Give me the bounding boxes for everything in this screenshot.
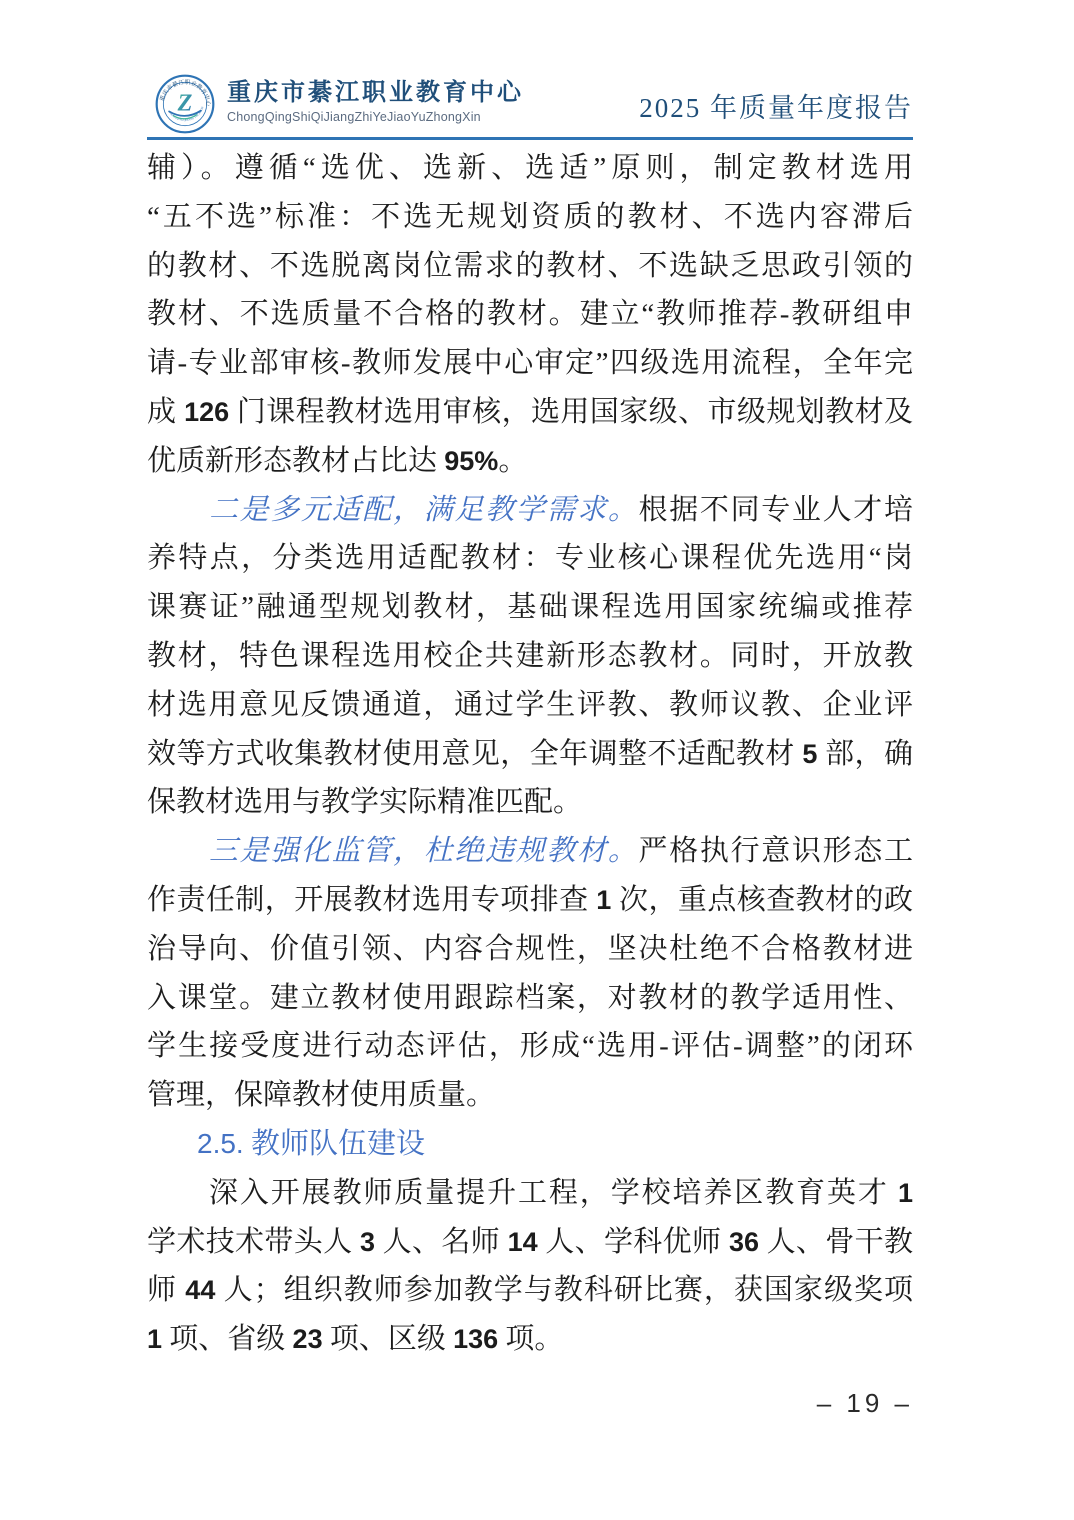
body-text: 次，重点核查教材的政 bbox=[611, 884, 913, 916]
numeric-text: 126 bbox=[184, 397, 229, 427]
body-line: 1 项、省级 23 项、区级 136 项。 bbox=[147, 1315, 913, 1364]
numeric-text: 44 bbox=[185, 1275, 215, 1305]
body-line: 治导向、价值引领、内容合规性，坚决杜绝不合格教材进 bbox=[147, 925, 913, 974]
body-line: 管理，保障教材使用质量。 bbox=[147, 1071, 913, 1120]
body-text: 门课程教材选用审核，选用国家级、市级规划教材及 bbox=[229, 396, 913, 428]
school-name-pinyin: ChongQingShiQiJiangZhiYeJiaoYuZhongXin bbox=[227, 109, 524, 125]
body-line: 养特点，分类选用适配教材：专业核心课程优先选用“岗 bbox=[147, 534, 913, 583]
body-text: 教材、不选质量不合格的教材。建立“教师推荐-教研组申 bbox=[147, 298, 913, 330]
body-text: 课赛证”融通型规划教材，基础课程选用国家统编或推荐 bbox=[147, 591, 913, 623]
numeric-text: 136 bbox=[453, 1324, 498, 1354]
document-body: 辅）。遵循“选优、选新、选适”原则，制定教材选用“五不选”标准：不选无规划资质的… bbox=[147, 140, 913, 1364]
body-text: 保教材选用与教学实际精准匹配。 bbox=[147, 786, 582, 818]
school-logo-icon: 重庆市綦江职业教育中心 CHONGQING QIJIANG VOCATIONAL… bbox=[155, 74, 215, 134]
body-line: 入课堂。建立教材使用跟踪档案，对教材的教学适用性、 bbox=[147, 974, 913, 1023]
document-page: 重庆市綦江职业教育中心 CHONGQING QIJIANG VOCATIONAL… bbox=[0, 0, 1074, 1520]
body-text: 优质新形态教材占比达 bbox=[147, 445, 444, 477]
body-line: 的教材、不选脱离岗位需求的教材、不选缺乏思政引领的 bbox=[147, 242, 913, 291]
page-header: 重庆市綦江职业教育中心 CHONGQING QIJIANG VOCATIONAL… bbox=[147, 0, 913, 140]
section-heading: 2.5. 教师队伍建设 bbox=[147, 1120, 913, 1169]
body-line: “五不选”标准：不选无规划资质的教材、不选内容滞后 bbox=[147, 193, 913, 242]
body-text: 的教材、不选脱离岗位需求的教材、不选缺乏思政引领的 bbox=[147, 250, 913, 282]
heading-number: 2.5. bbox=[197, 1128, 244, 1159]
body-text: 根据不同专业人才培 bbox=[639, 494, 913, 526]
numeric-text: 36 bbox=[729, 1227, 759, 1257]
body-line: 保教材选用与教学实际精准匹配。 bbox=[147, 778, 913, 827]
numeric-text: 1 bbox=[596, 885, 611, 915]
report-title: 2025 年质量年度报告 bbox=[639, 86, 913, 125]
body-line: 三是强化监管，杜绝违规教材。严格执行意识形态工 bbox=[147, 827, 913, 876]
body-text: 管理，保障教材使用质量。 bbox=[147, 1079, 495, 1111]
body-text: 入课堂。建立教材使用跟踪档案，对教材的教学适用性、 bbox=[147, 982, 913, 1014]
body-line: 学生接受度进行动态评估，形成“选用-评估-调整”的闭环 bbox=[147, 1022, 913, 1071]
body-line: 深入开展教师质量提升工程，学校培养区教育英才 1 人、 bbox=[147, 1169, 913, 1218]
body-text: 养特点，分类选用适配教材：专业核心课程优先选用“岗 bbox=[147, 542, 913, 574]
body-text: 辅）。遵循“选优、选新、选适”原则，制定教材选用 bbox=[147, 152, 913, 184]
heading-text: 教师队伍建设 bbox=[244, 1128, 425, 1160]
numeric-text: 3 bbox=[360, 1227, 375, 1257]
body-text: 深入开展教师质量提升工程，学校培养区教育英才 bbox=[209, 1177, 898, 1209]
body-text: 师 bbox=[147, 1274, 185, 1306]
body-text: 教材，特色课程选用校企共建新形态教材。同时，开放教 bbox=[147, 640, 913, 672]
body-text: 作责任制，开展教材选用专项排查 bbox=[147, 884, 596, 916]
school-identity: 重庆市綦江职业教育中心 ChongQingShiQiJiangZhiYeJiao… bbox=[227, 80, 524, 125]
body-line: 教材，特色课程选用校企共建新形态教材。同时，开放教 bbox=[147, 632, 913, 681]
body-text: 部，确 bbox=[817, 738, 913, 770]
body-text: 人、骨干教 bbox=[759, 1226, 913, 1258]
body-line: 课赛证”融通型规划教材，基础课程选用国家统编或推荐 bbox=[147, 583, 913, 632]
numeric-text: 14 bbox=[508, 1227, 538, 1257]
body-text: 治导向、价值引领、内容合规性，坚决杜绝不合格教材进 bbox=[147, 933, 913, 965]
body-text: “五不选”标准：不选无规划资质的教材、不选内容滞后 bbox=[147, 201, 913, 233]
body-text: 严格执行意识形态工 bbox=[639, 835, 913, 867]
logo-letter-z: Z bbox=[177, 90, 193, 117]
body-text: 项、区级 bbox=[323, 1323, 454, 1355]
emphasis-text: 三是强化监管，杜绝违规教材。 bbox=[209, 835, 639, 867]
body-line: 教材、不选质量不合格的教材。建立“教师推荐-教研组申 bbox=[147, 290, 913, 339]
numeric-text: 1 bbox=[898, 1178, 913, 1208]
body-line: 效等方式收集教材使用意见，全年调整不适配教材 5 部，确 bbox=[147, 730, 913, 779]
numeric-text: 5 bbox=[802, 739, 817, 769]
body-text: 学生接受度进行动态评估，形成“选用-评估-调整”的闭环 bbox=[147, 1030, 913, 1062]
numeric-text: 23 bbox=[293, 1324, 323, 1354]
body-line: 二是多元适配，满足教学需求。根据不同专业人才培 bbox=[147, 486, 913, 535]
body-text: 人、名师 bbox=[375, 1226, 508, 1258]
body-text: 人、学科优师 bbox=[538, 1226, 729, 1258]
body-text: 。 bbox=[498, 445, 527, 477]
body-text: 人；组织教师参加教学与教科研比赛，获国家级奖项 bbox=[215, 1274, 913, 1306]
body-line: 辅）。遵循“选优、选新、选适”原则，制定教材选用 bbox=[147, 144, 913, 193]
body-line: 优质新形态教材占比达 95%。 bbox=[147, 437, 913, 486]
body-line: 作责任制，开展教材选用专项排查 1 次，重点核查教材的政 bbox=[147, 876, 913, 925]
emphasis-text: 二是多元适配，满足教学需求。 bbox=[209, 494, 639, 526]
body-line: 成 126 门课程教材选用审核，选用国家级、市级规划教材及 bbox=[147, 388, 913, 437]
body-line: 师 44 人；组织教师参加教学与教科研比赛，获国家级奖项 bbox=[147, 1266, 913, 1315]
body-line: 学术技术带头人 3 人、名师 14 人、学科优师 36 人、骨干教 bbox=[147, 1218, 913, 1267]
page-number: – 19 – bbox=[817, 1388, 913, 1419]
body-text: 材选用意见反馈通道，通过学生评教、教师议教、企业评 bbox=[147, 689, 913, 721]
school-name: 重庆市綦江职业教育中心 bbox=[227, 80, 524, 106]
body-text: 成 bbox=[147, 396, 184, 428]
body-text: 效等方式收集教材使用意见，全年调整不适配教材 bbox=[147, 738, 802, 770]
body-text: 学术技术带头人 bbox=[147, 1226, 360, 1258]
body-text: 项、省级 bbox=[162, 1323, 293, 1355]
numeric-text: 95% bbox=[444, 446, 498, 476]
body-text: 请-专业部审核-教师发展中心审定”四级选用流程，全年完 bbox=[147, 347, 913, 379]
body-text: 项。 bbox=[498, 1323, 563, 1355]
body-line: 材选用意见反馈通道，通过学生评教、教师议教、企业评 bbox=[147, 681, 913, 730]
numeric-text: 1 bbox=[147, 1324, 162, 1354]
body-line: 请-专业部审核-教师发展中心审定”四级选用流程，全年完 bbox=[147, 339, 913, 388]
